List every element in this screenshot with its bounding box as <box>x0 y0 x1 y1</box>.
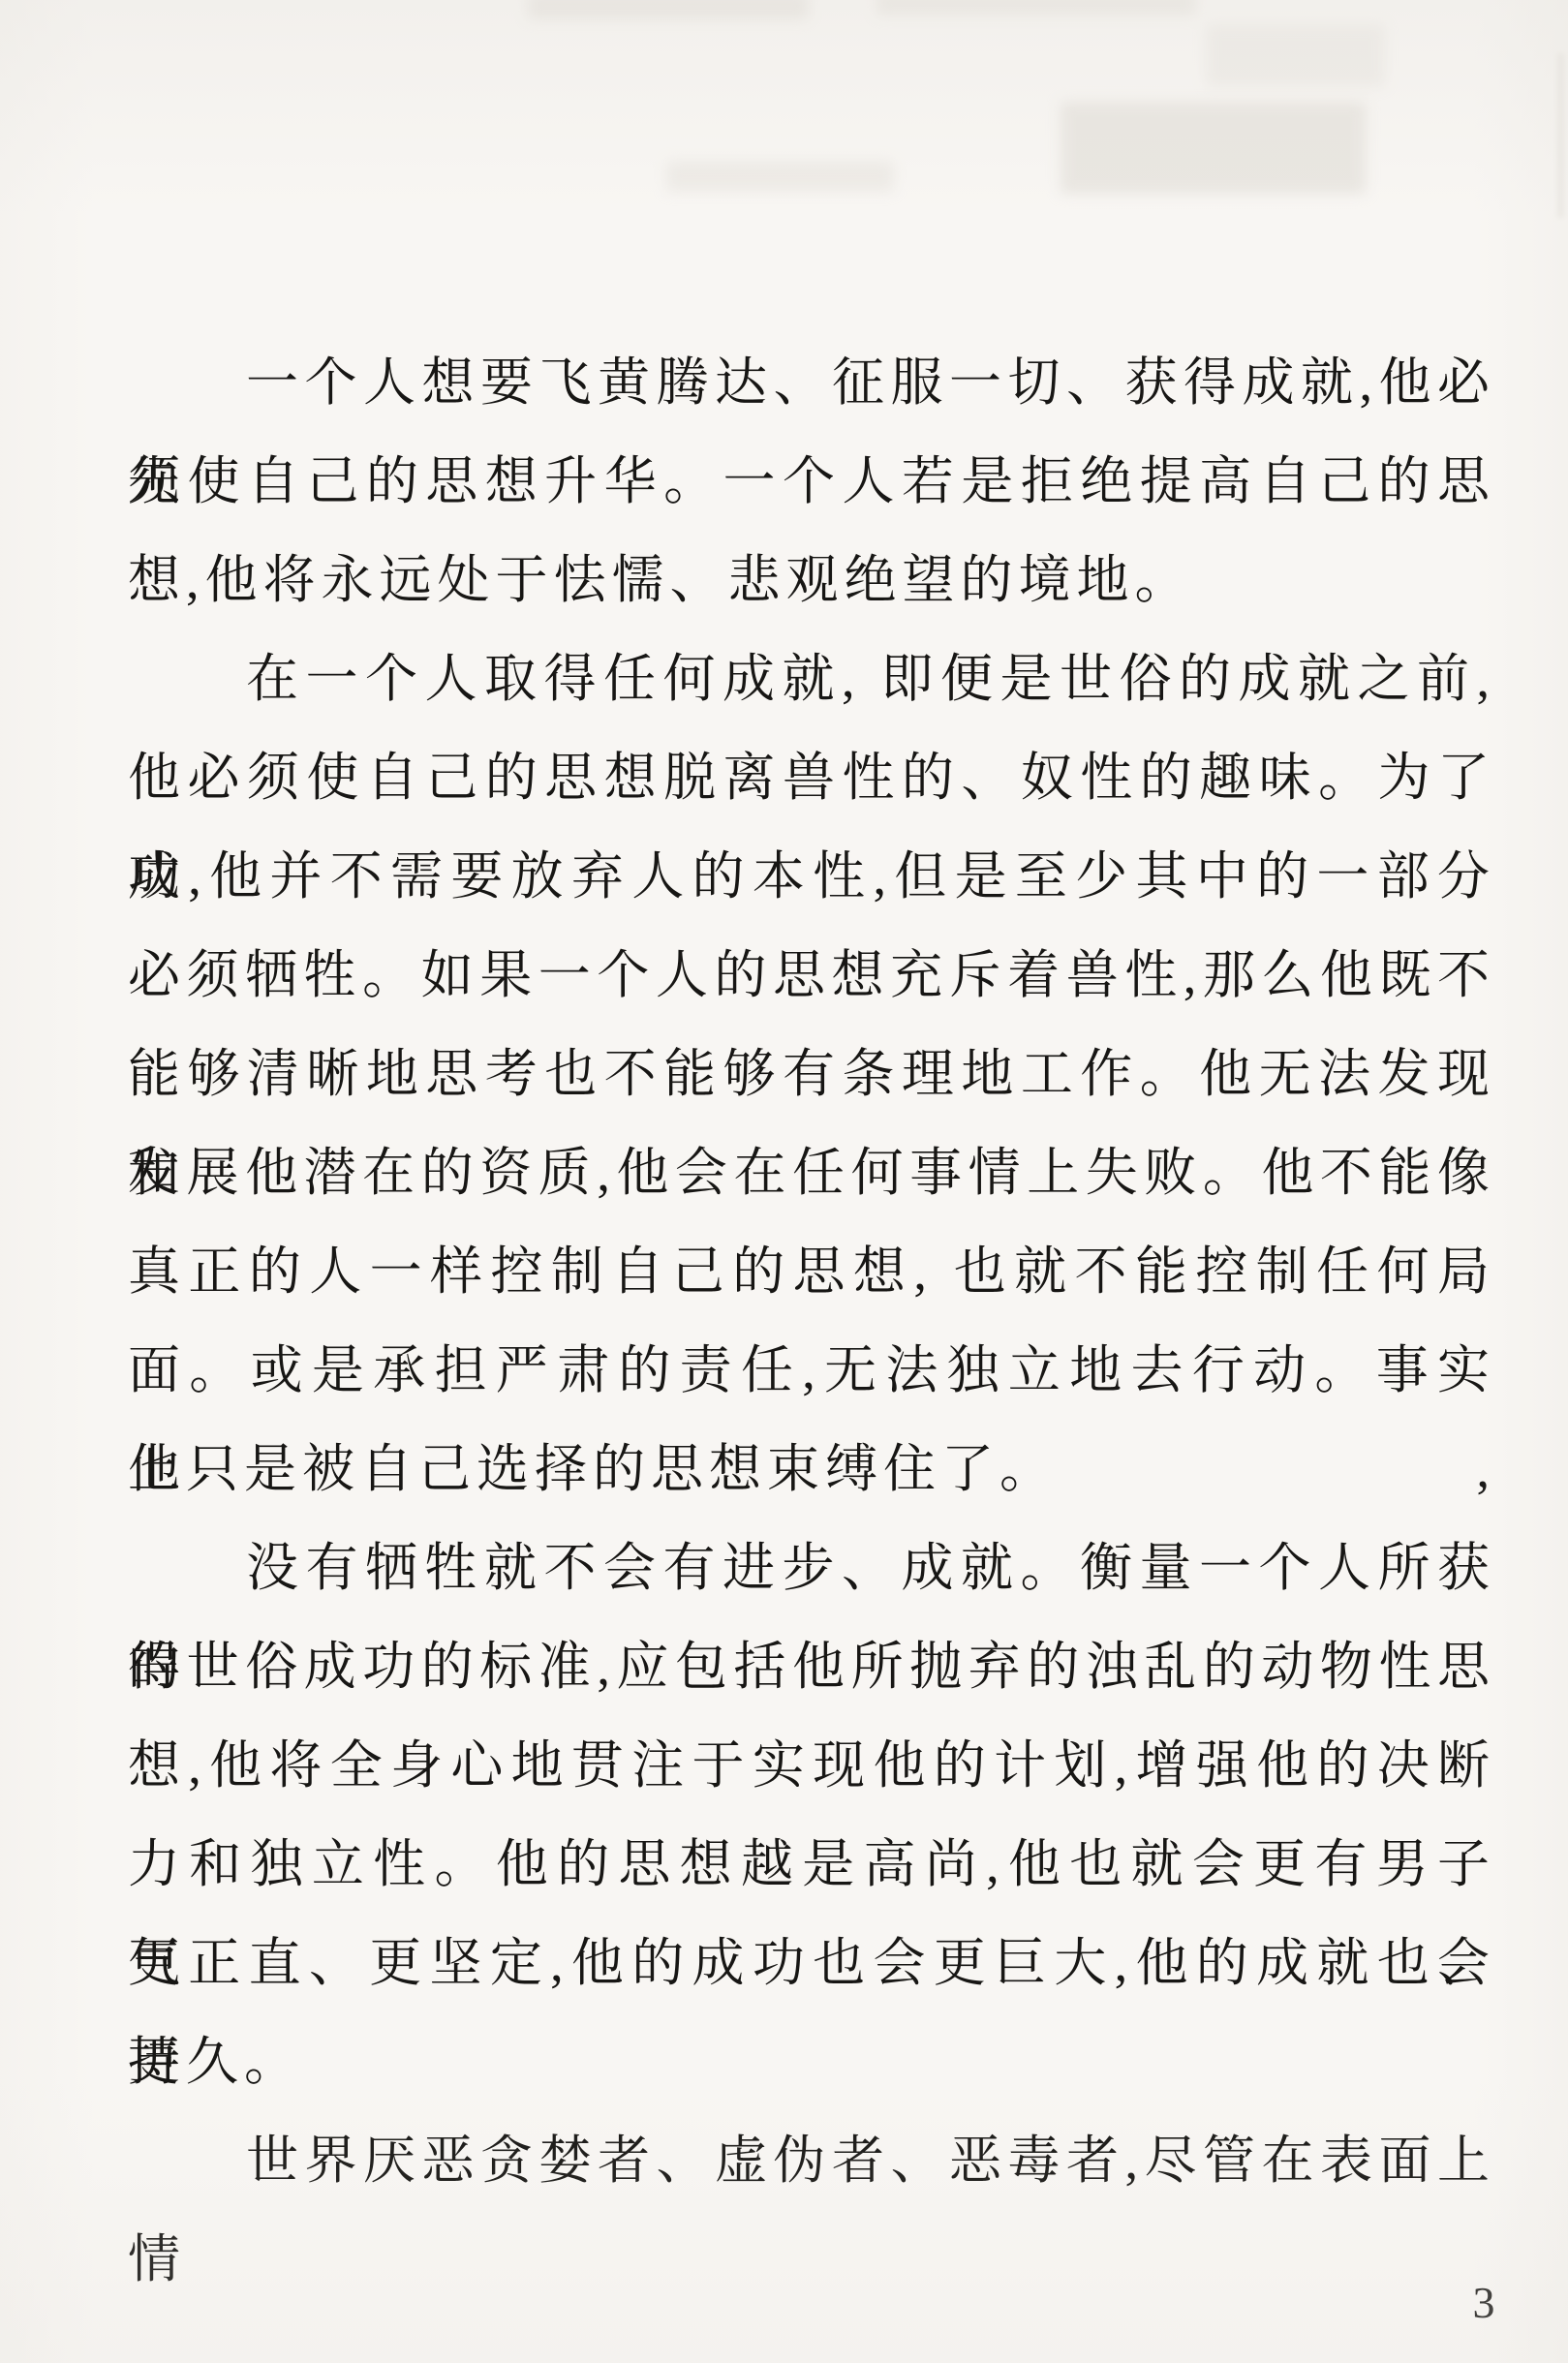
scan-artifact <box>1206 24 1385 87</box>
scan-artifact <box>1557 53 1564 218</box>
text-line: 世界厌恶贪婪者、虚伪者、恶毒者,尽管在表面上情 <box>128 2111 1495 2210</box>
text-line: 他必须使自己的思想脱离兽性的、奴性的趣味。为了成 <box>128 728 1495 827</box>
text-line: 的世俗成功的标准,应包括他所抛弃的浊乱的动物性思 <box>128 1617 1495 1716</box>
text-line: 想,他将永远处于怯懦、悲观绝望的境地。 <box>128 531 1495 629</box>
scan-artifact <box>666 161 894 192</box>
text-line: 面。或是承担严肃的责任,无法独立地去行动。事实上, <box>128 1321 1495 1420</box>
book-page: 一个人想要飞黄腾达、征服一切、获得成就,他必须 先使自己的思想升华。一个人若是拒… <box>0 0 1568 2363</box>
text-line: 发展他潜在的资质,他会在任何事情上失败。他不能像 <box>128 1123 1495 1222</box>
text-line: 功,他并不需要放弃人的本性,但是至少其中的一部分 <box>128 827 1495 926</box>
text-line: 持久。 <box>128 2012 1495 2111</box>
text-line: 没有牺牲就不会有进步、成就。衡量一个人所获得 <box>128 1519 1495 1617</box>
body-text: 一个人想要飞黄腾达、征服一切、获得成就,他必须 先使自己的思想升华。一个人若是拒… <box>128 333 1495 2210</box>
text-line: 真正的人一样控制自己的思想, 也就不能控制任何局 <box>128 1222 1495 1321</box>
text-line: 在一个人取得任何成就, 即便是世俗的成就之前, <box>128 629 1495 728</box>
scan-artifact <box>528 0 809 19</box>
text-line: 力和独立性。他的思想越是高尚,他也就会更有男子气、 <box>128 1815 1495 1914</box>
text-line: 能够清晰地思考也不能够有条理地工作。他无法发现和 <box>128 1025 1495 1123</box>
text-line: 一个人想要飞黄腾达、征服一切、获得成就,他必须 <box>128 333 1495 432</box>
scan-artifact <box>876 0 1196 15</box>
text-line: 更正直、更坚定,他的成功也会更巨大,他的成就也会更 <box>128 1914 1495 2012</box>
text-line: 先使自己的思想升华。一个人若是拒绝提高自己的思 <box>128 432 1495 531</box>
text-line: 想,他将全身心地贯注于实现他的计划,增强他的决断 <box>128 1716 1495 1815</box>
text-line: 必须牺牲。如果一个人的思想充斥着兽性,那么他既不 <box>128 926 1495 1025</box>
scan-artifact <box>1061 102 1366 194</box>
page-number: 3 <box>1455 2274 1513 2332</box>
